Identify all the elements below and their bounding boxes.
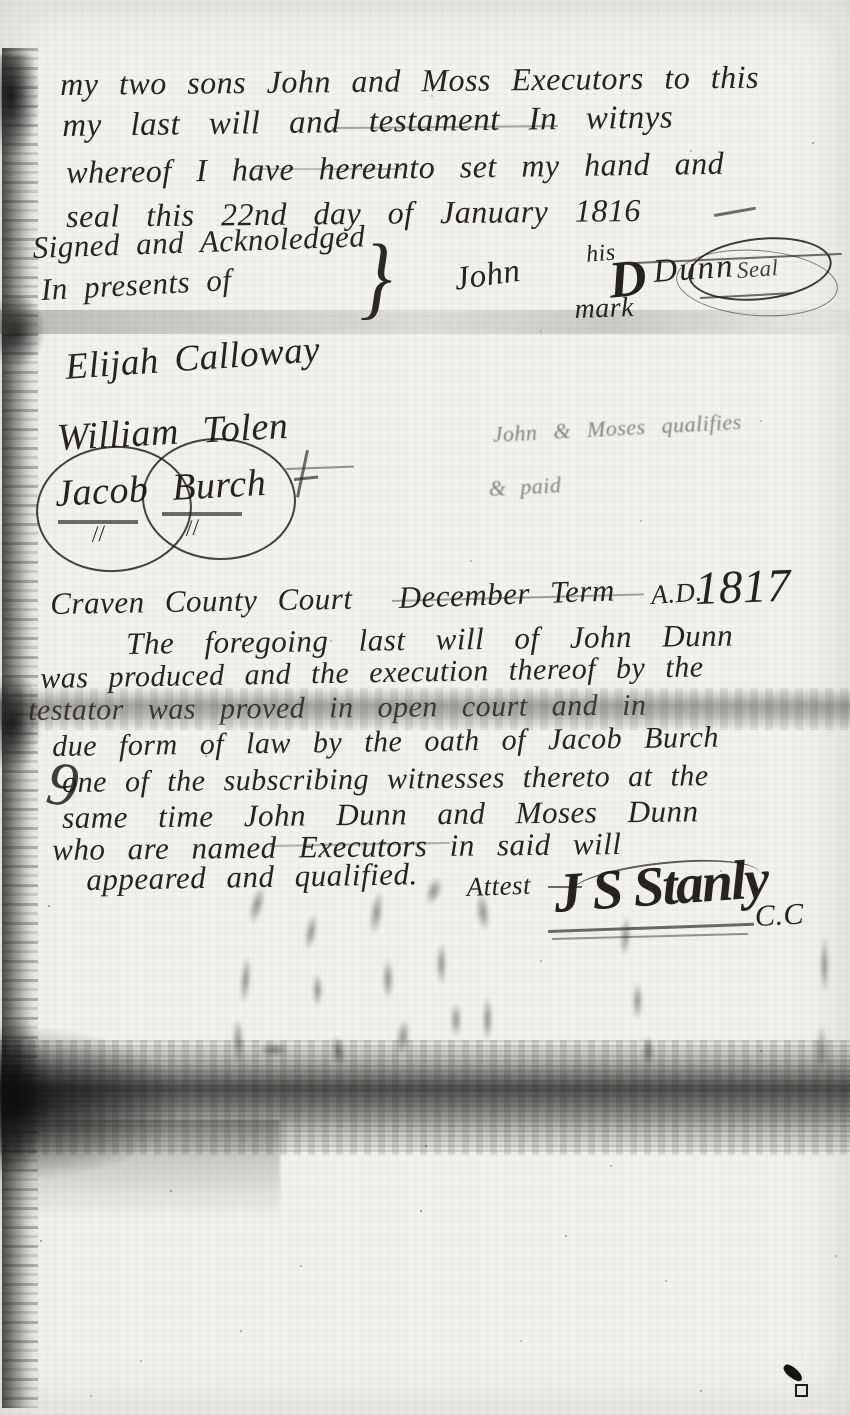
ink-bleed-smudge — [258, 1042, 290, 1057]
seal-label: Seal — [736, 255, 779, 284]
ink-bleed-smudge — [642, 1036, 655, 1066]
binding-blotch — [0, 55, 38, 155]
signature-underline — [552, 933, 748, 940]
ink-bleed-smudge — [820, 935, 829, 995]
pen-flourish-dash — [714, 207, 756, 217]
ink-bleed-smudge — [312, 973, 323, 1007]
ink-bleed-smudge — [232, 1018, 244, 1064]
crease-band-upper — [0, 310, 850, 334]
will-line: my two sons John and Moss Executors to t… — [60, 59, 759, 103]
ink-blot — [781, 1362, 804, 1383]
ink-blot-tail — [795, 1384, 808, 1397]
paper-specks — [0, 0, 2, 2]
testator-mark-word: mark — [574, 292, 635, 326]
attestation-line: In presents of — [40, 262, 232, 308]
ink-bleed-smudge — [436, 942, 447, 986]
ink-bleed-smudge — [816, 1025, 827, 1075]
witness-signature: Elijah Calloway — [64, 328, 321, 389]
ink-bleed-smudge — [238, 955, 253, 1006]
clerk-title: C.C — [754, 897, 805, 934]
side-note: & paid — [488, 472, 562, 502]
ink-bleed-smudge — [482, 996, 493, 1042]
ink-bleed-smudge — [632, 982, 643, 1020]
ink-bleed-smudge — [367, 889, 386, 936]
ink-bleed-smudge — [302, 912, 320, 952]
crease-fade-left — [0, 1120, 280, 1220]
court-year: 1817 — [694, 559, 792, 616]
jurat-mark-dash — [286, 466, 354, 470]
jurat-mark-cross — [296, 450, 308, 497]
testator-first-name: John — [452, 253, 523, 299]
scanned-document-page: my two sons John and Moss Executors to t… — [0, 0, 850, 1415]
ink-bleed-smudge — [450, 1002, 462, 1038]
side-note: John & Moses qualifies — [492, 409, 742, 448]
jurat-mark-cross — [294, 475, 318, 480]
underline-burch — [162, 512, 242, 516]
attestation-brace: } — [360, 226, 393, 331]
ink-bleed-smudge — [619, 915, 633, 958]
will-line: my last will and testament In witnys — [62, 99, 673, 145]
ink-bleed-smudge — [421, 874, 446, 908]
pen-stroke — [252, 168, 402, 170]
ink-bleed-smudge — [382, 958, 394, 1000]
court-name: Craven County Court — [50, 581, 353, 622]
probate-line: appeared and qualified. — [86, 856, 418, 898]
